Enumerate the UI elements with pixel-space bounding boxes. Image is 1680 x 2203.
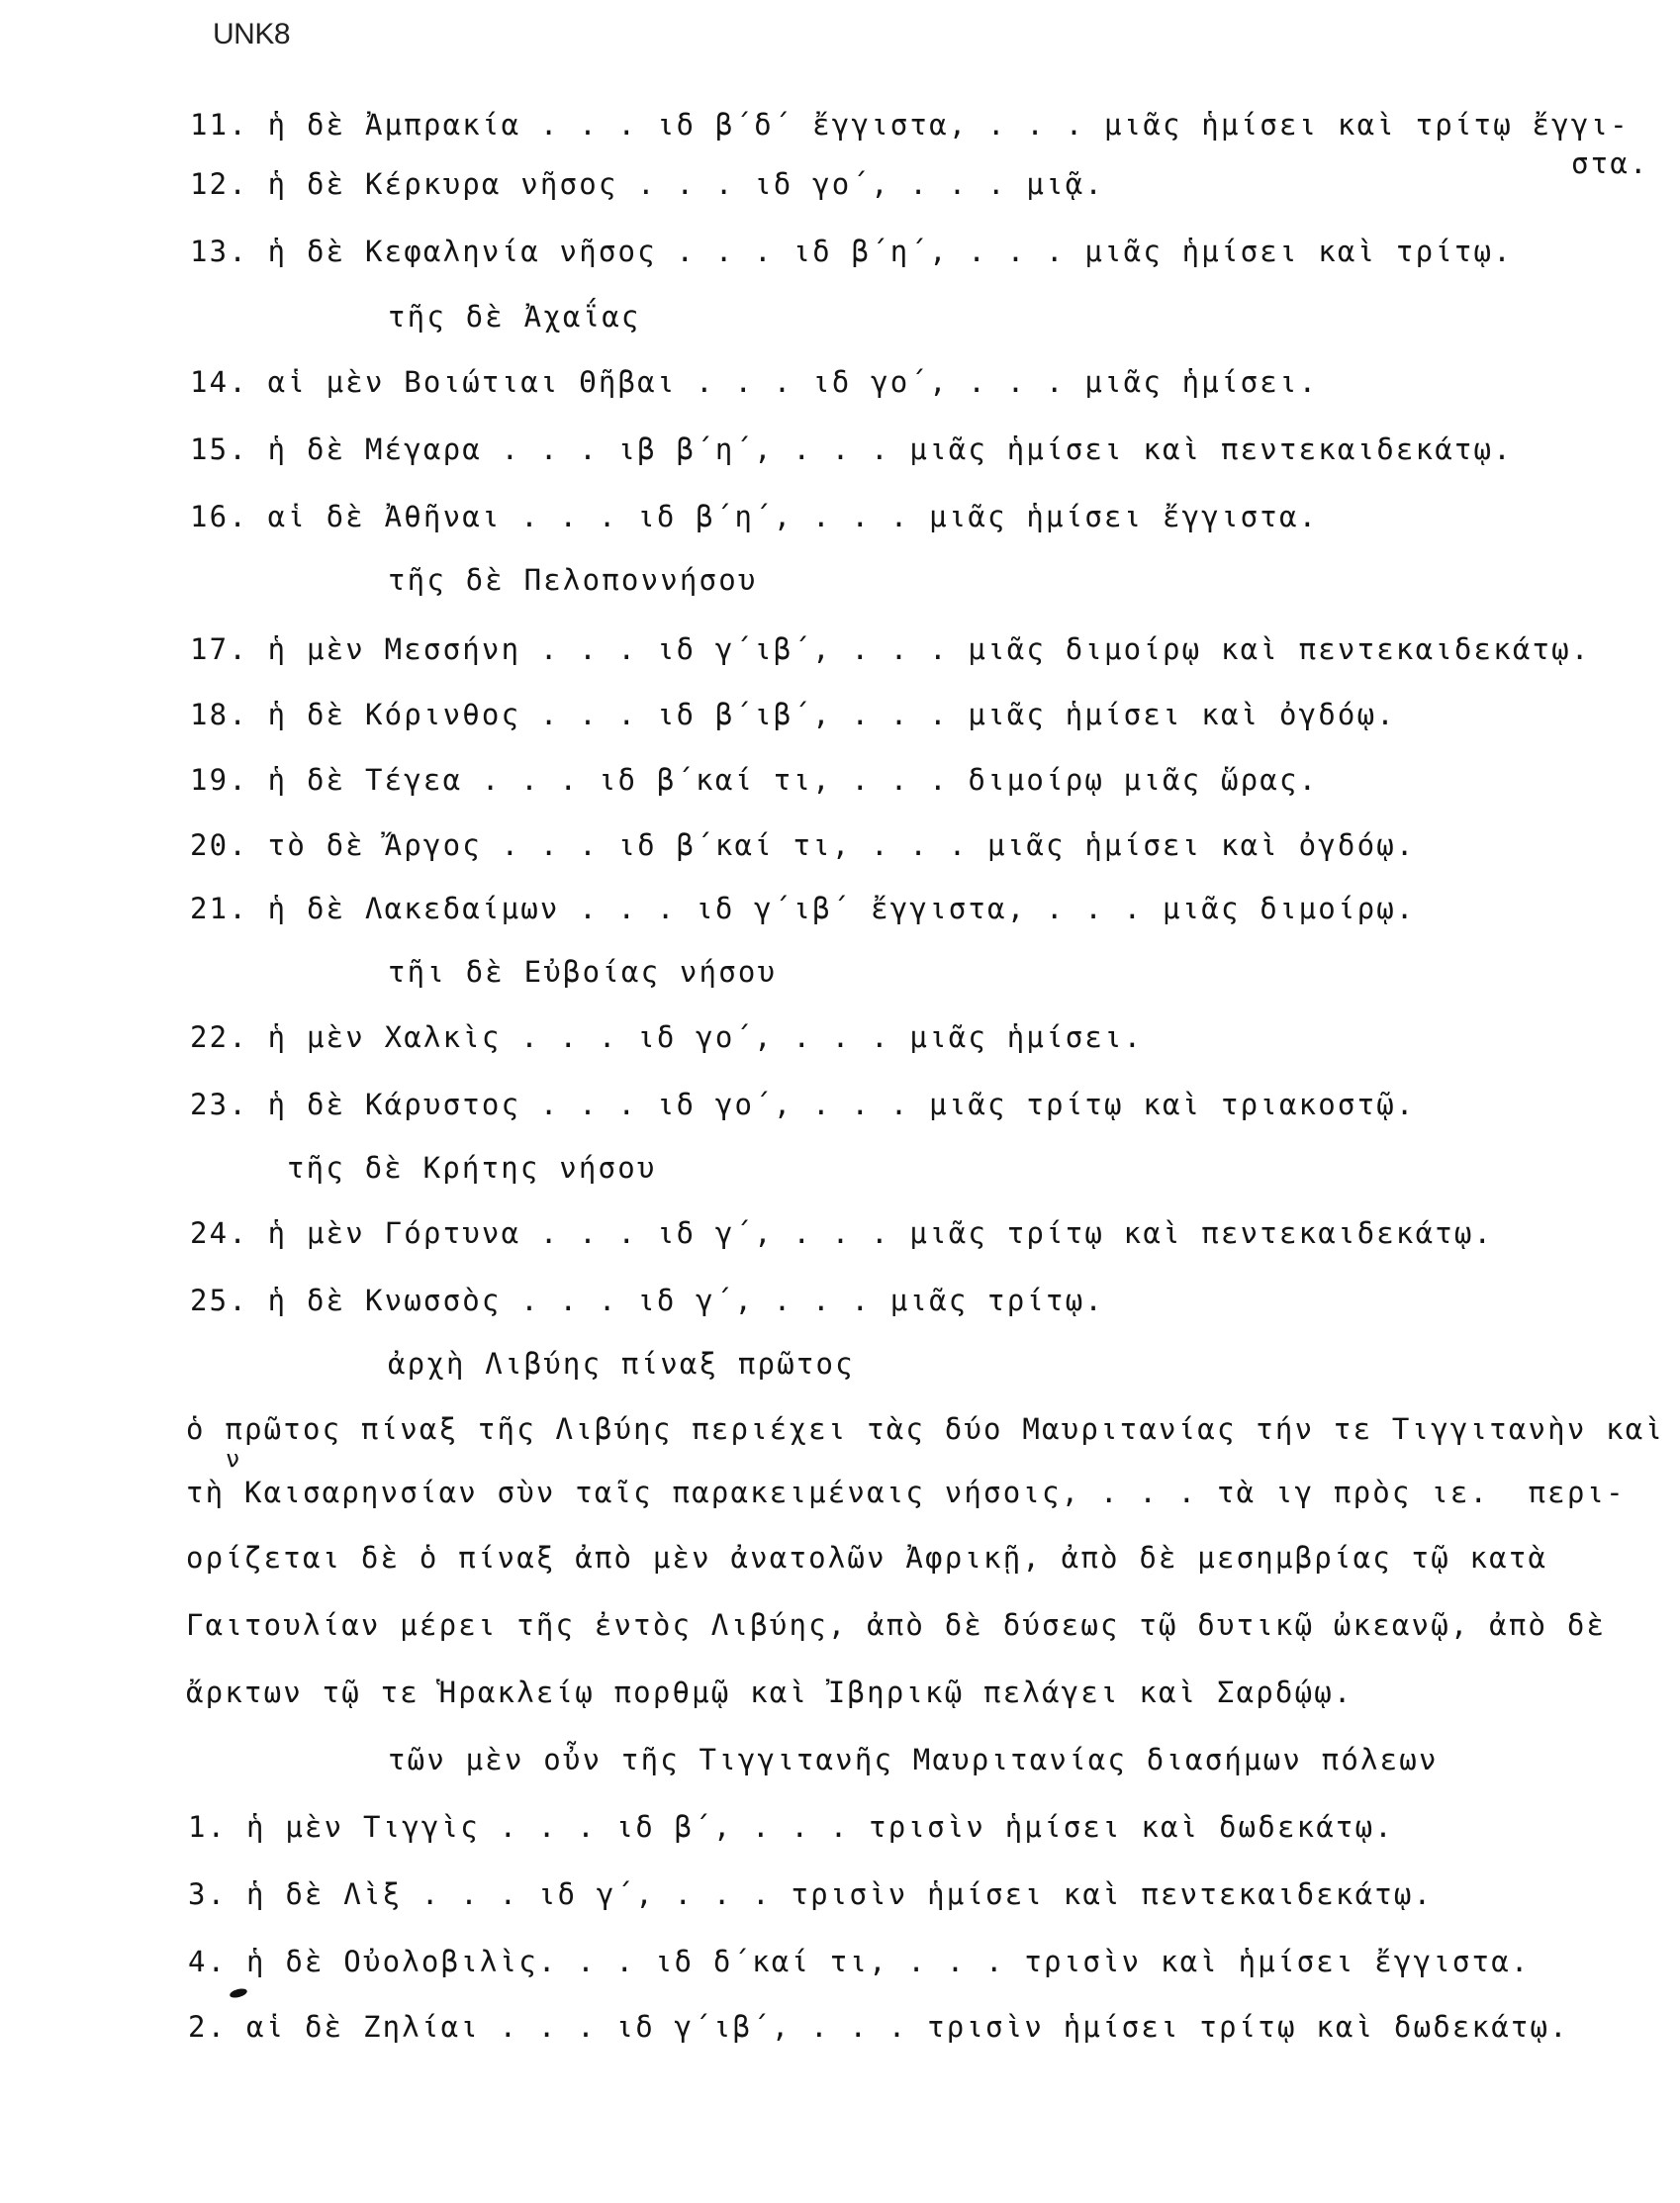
entry-number: 14. bbox=[190, 365, 248, 399]
entry-number: 4. bbox=[188, 1945, 227, 1978]
entry-text: ἡ δὲ Κνωσσὸς . . . ιδ γ΄, . . . μιᾶς τρί… bbox=[268, 1284, 1104, 1317]
entry-text: ἡ δὲ Ἀμπρακία . . . ιδ β΄δ΄ ἔγγιστα, . .… bbox=[268, 108, 1630, 142]
entry-line: 15. ἡ δὲ Μέγαρα . . . ιβ β΄η΄, . . . μιᾶ… bbox=[190, 435, 1513, 464]
entry-text: ἡ μὲν Χαλκὶς . . . ιδ γο΄, . . . μιᾶς ἡμ… bbox=[268, 1020, 1144, 1054]
section-heading: τῆι δὲ Εὐβοίας νήσου bbox=[388, 958, 777, 987]
entry-text: αἱ μὲν Βοιώτιαι Θῆβαι . . . ιδ γο΄, . . … bbox=[268, 365, 1319, 399]
entry-number: 1. bbox=[188, 1810, 227, 1844]
entry-line: 12. ἡ δὲ Κέρκυρα νῆσος . . . ιδ γο΄, . .… bbox=[190, 170, 1104, 199]
entry-line: 19. ἡ δὲ Τέγεα . . . ιδ β΄καί τι, . . . … bbox=[190, 766, 1318, 795]
entry-number: 3. bbox=[188, 1877, 227, 1911]
entry-number: 20. bbox=[190, 828, 248, 862]
entry-text: ἡ δὲ Κόρινθος . . . ιδ β΄ιβ΄, . . . μιᾶς… bbox=[268, 698, 1396, 731]
entry-line: 2. αἱ δὲ Ζηλίαι . . . ιδ γ΄ιβ΄, . . . τρ… bbox=[188, 2013, 1569, 2042]
entry-text: ἡ δὲ Λακεδαίμων . . . ιδ γ΄ιβ΄ ἔγγιστα, … bbox=[268, 892, 1416, 925]
entry-number: 24. bbox=[190, 1216, 248, 1250]
entry-text: ἡ δὲ Κεφαληνία νῆσος . . . ιδ β΄η΄, . . … bbox=[268, 235, 1513, 268]
entry-number: 18. bbox=[190, 698, 248, 731]
entry-line: 11. ἡ δὲ Ἀμπρακία . . . ιδ β΄δ΄ ἔγγιστα,… bbox=[190, 111, 1630, 140]
entry-number: 17. bbox=[190, 632, 248, 666]
entry-number: 13. bbox=[190, 235, 248, 268]
ink-blot bbox=[229, 1987, 247, 1999]
entry-line: 4. ἡ δὲ Οὐολοβιλὶς. . . ιδ δ΄καί τι, . .… bbox=[188, 1948, 1531, 1976]
section-heading: τῶν μὲν οὖν τῆς Τιγγιτανῆς Μαυριτανίας δ… bbox=[388, 1746, 1439, 1774]
entry-continuation: στα. bbox=[1571, 146, 1649, 180]
entry-text: αἱ δὲ Ἀθῆναι . . . ιδ β΄η΄, . . . μιᾶς ἡ… bbox=[268, 500, 1319, 533]
paragraph-line: τὴ Καισαρηνσίαν σὺν ταῖς παρακειμέναις ν… bbox=[186, 1479, 1626, 1507]
page-label: UNK8 bbox=[213, 18, 290, 51]
entry-line: 18. ἡ δὲ Κόρινθος . . . ιδ β΄ιβ΄, . . . … bbox=[190, 701, 1396, 729]
entry-text: τὸ δὲ Ἄργος . . . ιδ β΄καί τι, . . . μιᾶ… bbox=[268, 828, 1416, 862]
entry-line: 21. ἡ δὲ Λακεδαίμων . . . ιδ γ΄ιβ΄ ἔγγισ… bbox=[190, 895, 1416, 923]
section-heading: τῆς δὲ Ἀχαΐας bbox=[388, 303, 641, 332]
entry-number: 22. bbox=[190, 1020, 248, 1054]
entry-number: 12. bbox=[190, 167, 248, 201]
section-heading: τῆς δὲ Πελοποννήσου bbox=[388, 566, 758, 595]
entry-number: 23. bbox=[190, 1088, 248, 1121]
entry-text: ἡ δὲ Μέγαρα . . . ιβ β΄η΄, . . . μιᾶς ἡμ… bbox=[268, 432, 1513, 466]
paragraph-line: Γαιτουλίαν μέρει τῆς ἐντὸς Λιβύης, ἀπὸ δ… bbox=[186, 1611, 1606, 1640]
insertion-mark: ν bbox=[226, 1445, 239, 1473]
entry-line: 20. τὸ δὲ Ἄργος . . . ιδ β΄καί τι, . . .… bbox=[190, 831, 1416, 860]
entry-number: 15. bbox=[190, 432, 248, 466]
entry-line: 17. ἡ μὲν Μεσσήνη . . . ιδ γ΄ιβ΄, . . . … bbox=[190, 635, 1591, 664]
entry-line: 13. ἡ δὲ Κεφαληνία νῆσος . . . ιδ β΄η΄, … bbox=[190, 238, 1513, 266]
entry-line: 1. ἡ μὲν Τιγγὶς . . . ιδ β΄, . . . τρισὶ… bbox=[188, 1813, 1394, 1842]
entry-text: ἡ δὲ Λὶξ . . . ιδ γ΄, . . . τρισὶν ἡμίσε… bbox=[246, 1877, 1433, 1911]
entry-text: ἡ δὲ Τέγεα . . . ιδ β΄καί τι, . . . διμο… bbox=[268, 763, 1319, 797]
entry-text: ἡ μὲν Μεσσήνη . . . ιδ γ΄ιβ΄, . . . μιᾶς… bbox=[268, 632, 1591, 666]
paragraph-line: ορίζεται δὲ ὁ πίναξ ἀπὸ μὲν ἀνατολῶν Ἀφρ… bbox=[186, 1544, 1547, 1573]
entry-line: 14. αἱ μὲν Βοιώτιαι Θῆβαι . . . ιδ γο΄, … bbox=[190, 368, 1318, 397]
entry-line: 3. ἡ δὲ Λὶξ . . . ιδ γ΄, . . . τρισὶν ἡμ… bbox=[188, 1880, 1433, 1909]
entry-line: 25. ἡ δὲ Κνωσσὸς . . . ιδ γ΄, . . . μιᾶς… bbox=[190, 1287, 1104, 1315]
entry-number: 16. bbox=[190, 500, 248, 533]
entry-line: 23. ἡ δὲ Κάρυστος . . . ιδ γο΄, . . . μι… bbox=[190, 1091, 1416, 1119]
entry-text: αἱ δὲ Ζηλίαι . . . ιδ γ΄ιβ΄, . . . τρισὶ… bbox=[246, 2010, 1569, 2044]
entry-number: 11. bbox=[190, 108, 248, 142]
entry-text: ἡ μὲν Τιγγὶς . . . ιδ β΄, . . . τρισὶν ἡ… bbox=[246, 1810, 1394, 1844]
section-heading: τῆς δὲ Κρήτης νήσου bbox=[287, 1154, 657, 1183]
entry-text: ἡ δὲ Οὐολοβιλὶς. . . ιδ δ΄καί τι, . . . … bbox=[246, 1945, 1531, 1978]
entry-number: 19. bbox=[190, 763, 248, 797]
entry-number: 21. bbox=[190, 892, 248, 925]
entry-line: 22. ἡ μὲν Χαλκὶς . . . ιδ γο΄, . . . μιᾶ… bbox=[190, 1023, 1143, 1052]
paragraph-line: ὁ πρῶτος πίναξ τῆς Λιβύης περιέχει τὰς δ… bbox=[186, 1415, 1664, 1444]
entry-number: 2. bbox=[188, 2010, 227, 2044]
section-heading: ἀρχὴ Λιβύης πίναξ πρῶτος bbox=[388, 1350, 855, 1379]
entry-text: ἡ δὲ Κέρκυρα νῆσος . . . ιδ γο΄, . . . μ… bbox=[268, 167, 1104, 201]
entry-line: 16. αἱ δὲ Ἀθῆναι . . . ιδ β΄η΄, . . . μι… bbox=[190, 503, 1318, 531]
entry-line: 24. ἡ μὲν Γόρτυνα . . . ιδ γ΄, . . . μιᾶ… bbox=[190, 1219, 1493, 1248]
entry-number: 25. bbox=[190, 1284, 248, 1317]
entry-text: ἡ δὲ Κάρυστος . . . ιδ γο΄, . . . μιᾶς τ… bbox=[268, 1088, 1416, 1121]
paragraph-line: ἄρκτων τῷ τε Ἡρακλείῳ πορθμῷ καὶ Ἰβηρικῷ… bbox=[186, 1678, 1353, 1707]
entry-text: ἡ μὲν Γόρτυνα . . . ιδ γ΄, . . . μιᾶς τρ… bbox=[268, 1216, 1494, 1250]
